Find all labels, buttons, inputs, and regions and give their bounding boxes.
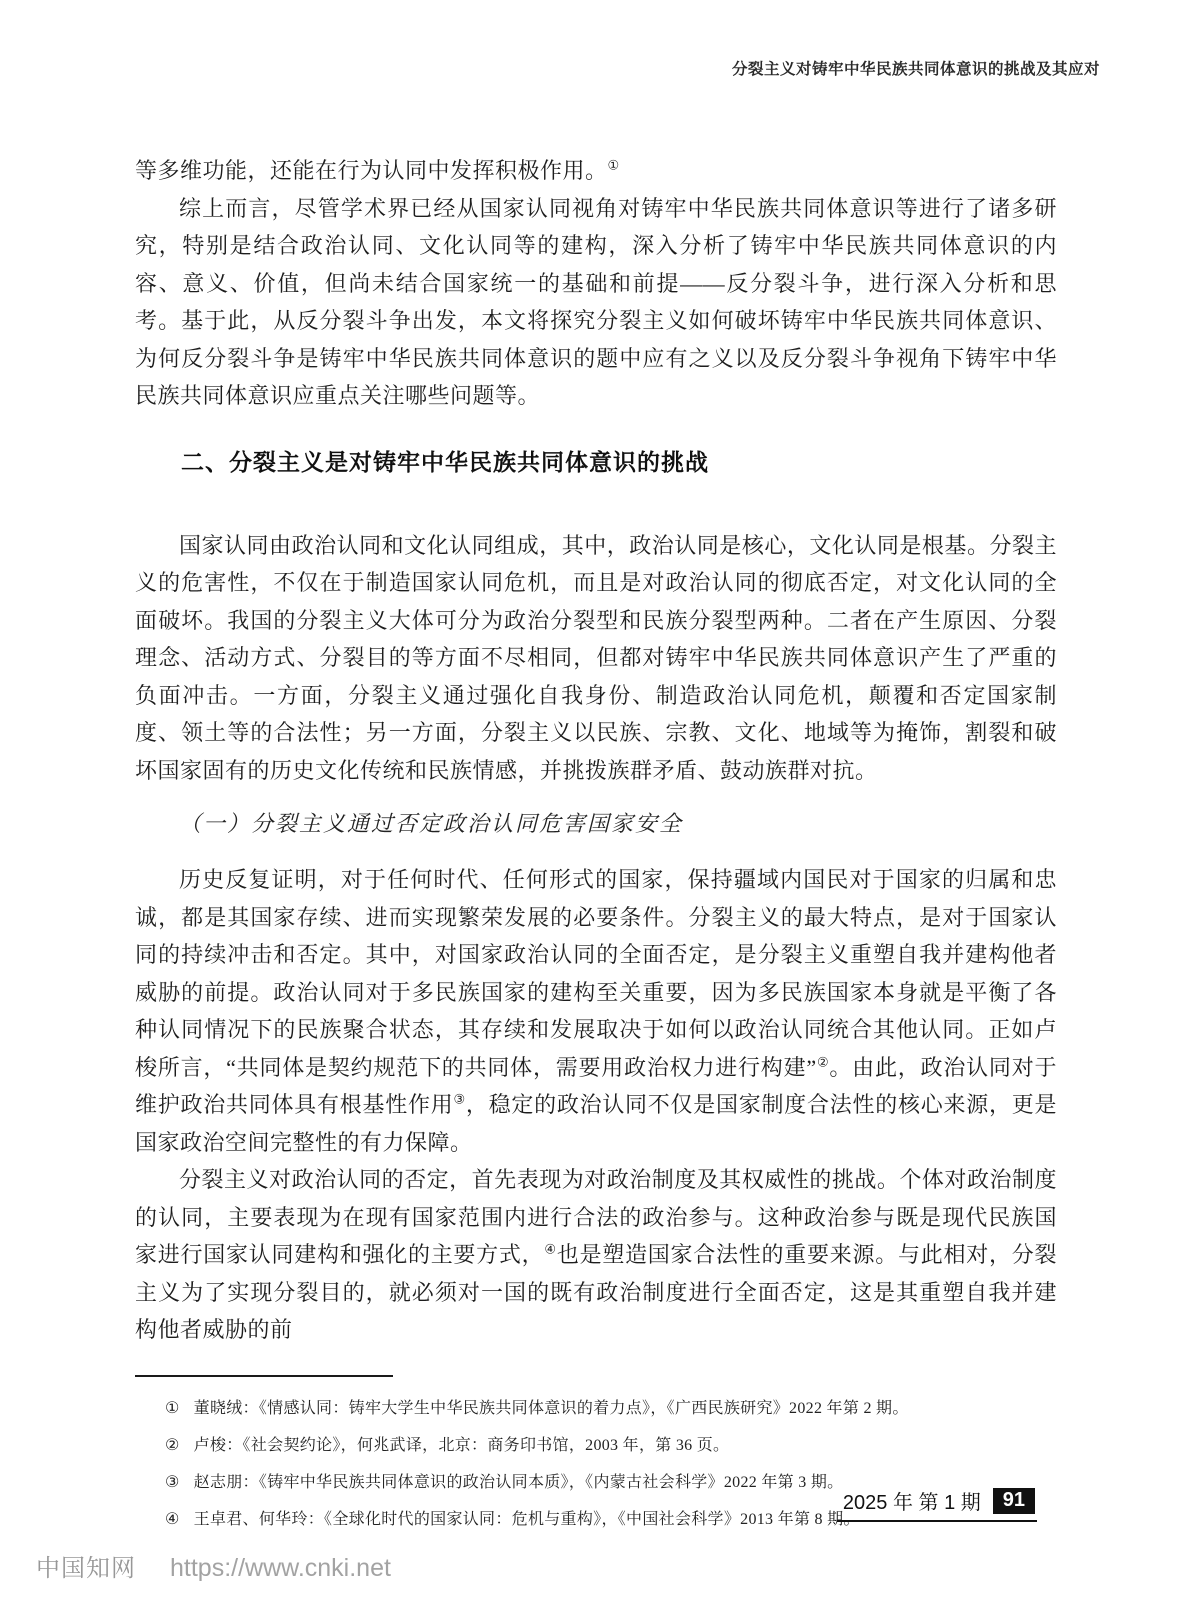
cnki-watermark: 中国知网 https://www.cnki.net	[36, 1548, 391, 1583]
article-body: 等多维功能，还能在行为认同中发挥积极作用。① 综上而言，尽管学术界已经从国家认同…	[135, 152, 1057, 1538]
running-head-title: 分裂主义对铸牢中华民族共同体意识的挑战及其应对	[732, 57, 1100, 79]
footnote-text: 王卓君、何华玲：《全球化时代的国家认同：危机与重构》，《中国社会科学》2013 …	[194, 1511, 860, 1528]
footnote-separator	[135, 1375, 393, 1377]
footnote-item: ①董晓绒：《情感认同：铸牢大学生中华民族共同体意识的着力点》，《广西民族研究》2…	[165, 1390, 1057, 1427]
section-heading: 二、分裂主义是对铸牢中华民族共同体意识的挑战	[135, 447, 1057, 477]
footnote-item: ②卢梭：《社会契约论》，何兆武译，北京：商务印书馆，2003 年，第 36 页。	[165, 1427, 1057, 1464]
cnki-brand-logo: 中国知网	[36, 1548, 136, 1583]
paragraph-summary: 综上而言，尽管学术界已经从国家认同视角对铸牢中华民族共同体意识等进行了诸多研究，…	[135, 190, 1057, 415]
footnote-reference: ②	[817, 1054, 830, 1069]
footnote-marker: ③	[165, 1474, 180, 1491]
paragraph-continuation: 等多维功能，还能在行为认同中发挥积极作用。①	[135, 152, 1057, 190]
footnote-marker: ①	[165, 1400, 180, 1417]
issue-label: 2025 年 第 1 期	[843, 1486, 981, 1515]
footnote-reference: ①	[608, 158, 620, 173]
footnote-text: 董晓绒：《情感认同：铸牢大学生中华民族共同体意识的着力点》，《广西民族研究》20…	[194, 1400, 909, 1417]
paragraph-political-identity: 历史反复证明，对于任何时代、任何形式的国家，保持疆域内国民对于国家的归属和忠诚，…	[135, 861, 1057, 1161]
cnki-url: https://www.cnki.net	[170, 1554, 391, 1583]
footnote-marker: ②	[165, 1437, 180, 1454]
page-number-badge: 91	[993, 1488, 1035, 1514]
footnote-text: 赵志朋：《铸牢中华民族共同体意识的政治认同本质》，《内蒙古社会科学》2022 年…	[194, 1474, 844, 1491]
footnote-reference: ③	[453, 1092, 465, 1107]
footnote-text: 卢梭：《社会契约论》，何兆武译，北京：商务印书馆，2003 年，第 36 页。	[194, 1437, 730, 1454]
footnote-marker: ④	[165, 1511, 180, 1528]
footnote-reference: ④	[544, 1242, 556, 1257]
paragraph-overview: 国家认同由政治认同和文化认同组成，其中，政治认同是核心，文化认同是根基。分裂主义…	[135, 527, 1057, 790]
paper-page: 分裂主义对铸牢中华民族共同体意识的挑战及其应对 等多维功能，还能在行为认同中发挥…	[0, 0, 1190, 1615]
subsection-heading: （一）分裂主义通过否定政治认同危害国家安全	[135, 805, 1057, 843]
footer-issue-line: 2025 年 第 1 期 91	[837, 1486, 1037, 1522]
paragraph-political-denial: 分裂主义对政治认同的否定，首先表现为对政治制度及其权威性的挑战。个体对政治制度的…	[135, 1161, 1057, 1349]
